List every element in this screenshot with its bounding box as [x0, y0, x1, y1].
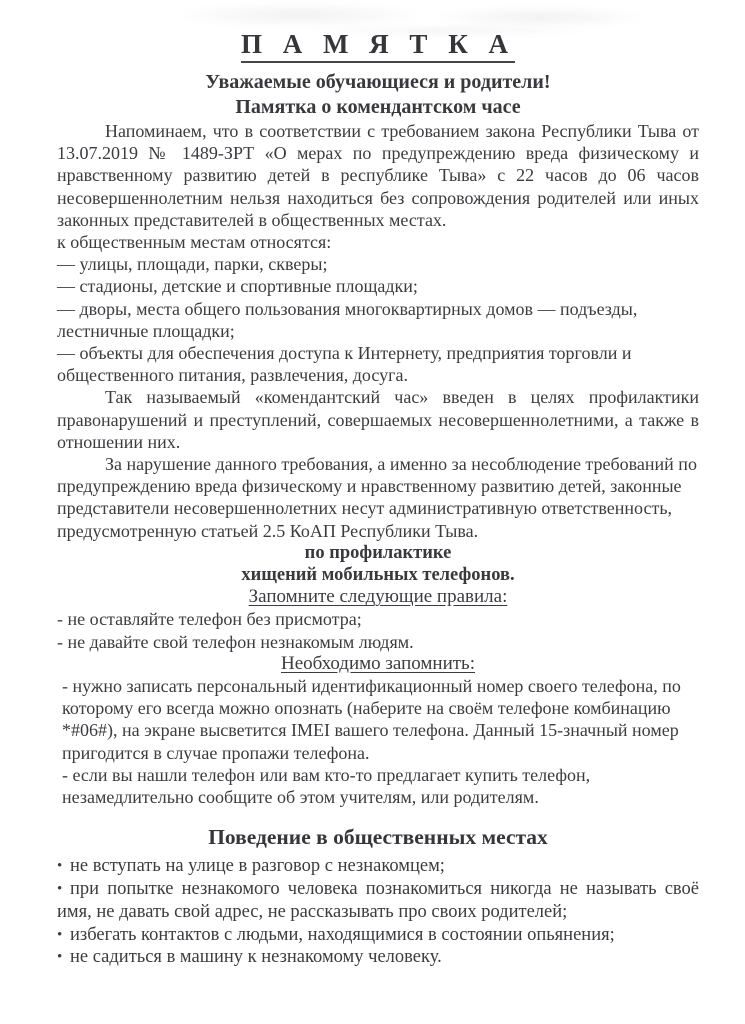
remember-heading-text: Необходимо запомнить: — [281, 653, 475, 674]
bullet-icon: • — [57, 946, 70, 969]
remember-heading: Необходимо запомнить: — [57, 653, 699, 675]
place-item: — дворы, места общего пользования многок… — [57, 298, 699, 342]
curfew-subtitle: Памятка о комендантском часе — [57, 95, 699, 120]
behavior-item-text: при попытке незнакомого человека познако… — [57, 879, 699, 922]
place-item: — объекты для обеспечения доступа к Инте… — [57, 342, 699, 386]
behavior-heading: Поведение в общественных местах — [57, 824, 699, 850]
bullet-icon: • — [57, 855, 70, 878]
behavior-item-text: не садиться в машину к незнакомому челов… — [70, 947, 442, 967]
curfew-purpose-paragraph: Так называемый «комендантский час» введе… — [57, 386, 699, 453]
memo-title-text: П А М Я Т К А — [241, 28, 515, 63]
behavior-list: •не вступать на улице в разговор с незна… — [57, 855, 699, 969]
behavior-item: •избегать контактов с людьми, находящими… — [57, 924, 699, 947]
liability-paragraph: За нарушение данного требования, а именн… — [57, 453, 699, 542]
scan-smudge — [430, 6, 650, 28]
places-intro: к общественным местам относятся: — [57, 231, 699, 253]
behavior-item: •не вступать на улице в разговор с незна… — [57, 855, 699, 878]
remember-item: - если вы нашли телефон или вам кто-то п… — [57, 764, 699, 808]
bullet-icon: • — [57, 924, 70, 947]
theft-heading-line2: хищений мобильных телефонов. — [57, 564, 699, 586]
memo-body: Напоминаем, что в соответствии с требова… — [57, 120, 699, 969]
behavior-item: •при попытке незнакомого человека познак… — [57, 878, 699, 924]
greeting-line: Уважаемые обучающиеся и родители! — [57, 70, 699, 95]
curfew-paragraph: Напоминаем, что в соответствии с требова… — [57, 120, 699, 231]
phone-rules-list: - не оставляйте телефон без присмотра; -… — [57, 608, 699, 652]
behavior-item-text: не вступать на улице в разговор с незнак… — [70, 856, 445, 876]
remember-list: - нужно записать персональный идентифика… — [57, 675, 699, 808]
behavior-item-text: избегать контактов с людьми, находящимис… — [70, 925, 615, 945]
theft-heading-line1: по профилактике — [57, 542, 699, 564]
place-item: — стадионы, детские и спортивные площадк… — [57, 275, 699, 297]
behavior-item: •не садиться в машину к незнакомому чело… — [57, 946, 699, 969]
scan-smudge — [170, 2, 430, 28]
place-item: — улицы, площади, парки, скверы; — [57, 253, 699, 275]
memo-title: П А М Я Т К А — [57, 28, 699, 63]
rule-item: - не давайте свой телефон незнакомым люд… — [57, 631, 699, 653]
rule-item: - не оставляйте телефон без присмотра; — [57, 608, 699, 630]
rules-heading: Запомните следующие правила: — [57, 586, 699, 608]
remember-item: - нужно записать персональный идентифика… — [57, 675, 699, 764]
public-places-list: — улицы, площади, парки, скверы; — стади… — [57, 253, 699, 386]
rules-heading-text: Запомните следующие правила: — [249, 586, 508, 607]
memo-document-page: П А М Я Т К А Уважаемые обучающиеся и ро… — [0, 0, 745, 1024]
bullet-icon: • — [57, 878, 70, 901]
